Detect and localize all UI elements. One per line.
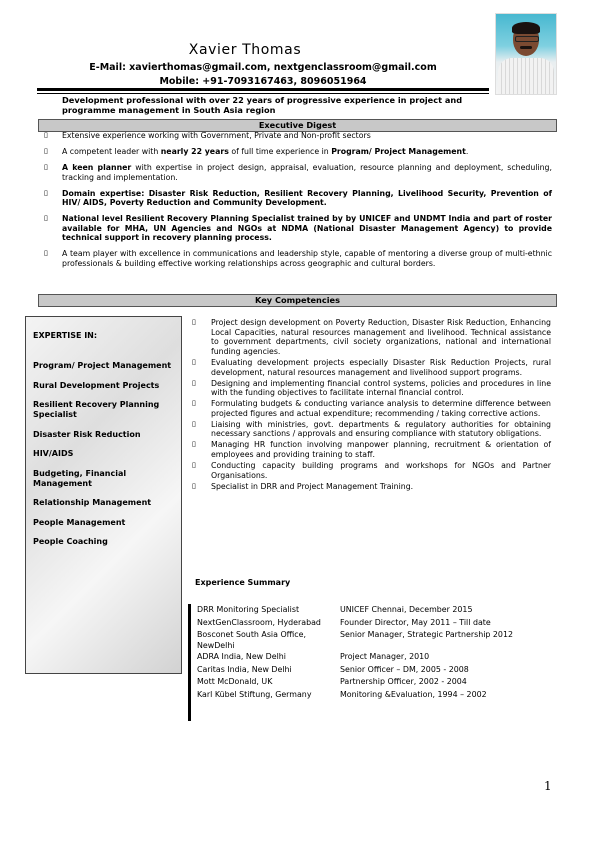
experience-row: ADRA India, New DelhiProject Manager, 20… (197, 651, 513, 664)
competency-text: Project design development on Poverty Re… (211, 318, 551, 356)
competency-text: Specialist in DRR and Project Management… (211, 482, 413, 491)
mobile-line: Mobile: +91-7093167463, 8096051964 (0, 76, 526, 87)
expertise-item: Resilient Recovery Planning Specialist (33, 400, 178, 420)
header-divider-thick (37, 88, 489, 91)
digest-text: with expertise in project design, apprai… (62, 163, 552, 182)
experience-organization: Karl Kübel Stiftung, Germany (197, 689, 340, 702)
experience-summary-title: Experience Summary (195, 578, 290, 587)
digest-text: A keen planner (62, 163, 131, 172)
expertise-list: Program/ Project ManagementRural Develop… (33, 361, 178, 557)
expertise-item: Relationship Management (33, 498, 178, 508)
competency-text: Conducting capacity building programs an… (211, 461, 551, 480)
candidate-name: Xavier Thomas (0, 42, 490, 58)
bullet-icon: ▯ (44, 189, 48, 199)
expertise-item: People Coaching (33, 537, 178, 547)
header-divider-thin (37, 93, 489, 94)
experience-role: Senior Manager, Strategic Partnership 20… (340, 629, 513, 651)
bullet-icon: ▯ (44, 214, 48, 224)
experience-role: Founder Director, May 2011 – Till date (340, 617, 513, 630)
expertise-item: HIV/AIDS (33, 449, 178, 459)
competency-text: Evaluating development projects especial… (211, 358, 551, 377)
bullet-icon: ▯ (192, 461, 196, 471)
competency-item: ▯Project design development on Poverty R… (192, 318, 551, 357)
experience-organization: ADRA India, New Delhi (197, 651, 340, 664)
photo-mustache (520, 46, 532, 49)
bullet-icon: ▯ (192, 399, 196, 409)
digest-text: Program/ Project Management (331, 147, 466, 156)
photo-glasses (515, 36, 539, 42)
experience-row: Bosconet South Asia Office, NewDelhiSeni… (197, 629, 513, 651)
bullet-icon: ▯ (44, 249, 48, 259)
digest-item: ▯Domain expertise: Disaster Risk Reducti… (44, 189, 552, 208)
competency-text: Designing and implementing financial con… (211, 379, 551, 398)
expertise-header: EXPERTISE IN: (33, 331, 97, 340)
digest-item: ▯A team player with excellence in commun… (44, 249, 552, 268)
digest-item: ▯Extensive experience working with Gover… (44, 131, 552, 141)
experience-row: Mott McDonald, UKPartnership Officer, 20… (197, 676, 513, 689)
competency-item: ▯Designing and implementing financial co… (192, 379, 551, 398)
digest-text: nearly 22 years (161, 147, 229, 156)
section-header-key-competencies: Key Competencies (38, 294, 557, 307)
photo-shirt (498, 58, 554, 94)
experience-organization: Bosconet South Asia Office, NewDelhi (197, 629, 340, 651)
page-number: 1 (544, 779, 552, 793)
experience-row: Karl Kübel Stiftung, GermanyMonitoring &… (197, 689, 513, 702)
competencies-list: ▯Project design development on Poverty R… (192, 318, 551, 492)
competency-item: ▯Liaising with ministries, govt. departm… (192, 420, 551, 439)
bullet-icon: ▯ (192, 440, 196, 450)
competency-text: Liaising with ministries, govt. departme… (211, 420, 551, 439)
bullet-icon: ▯ (192, 420, 196, 430)
competency-item: ▯Specialist in DRR and Project Managemen… (192, 482, 551, 492)
experience-row: NextGenClassroom, HyderabadFounder Direc… (197, 617, 513, 630)
expertise-item: Budgeting, Financial Management (33, 469, 178, 489)
experience-organization: Caritas India, New Delhi (197, 664, 340, 677)
experience-role: Senior Officer – DM, 2005 - 2008 (340, 664, 513, 677)
profile-summary: Development professional with over 22 ye… (62, 95, 492, 115)
digest-text: Domain expertise: Disaster Risk Reductio… (62, 189, 552, 208)
experience-table: DRR Monitoring SpecialistUNICEF Chennai,… (197, 604, 513, 701)
experience-organization: NextGenClassroom, Hyderabad (197, 617, 340, 630)
bullet-icon: ▯ (44, 131, 48, 141)
expertise-box: EXPERTISE IN: Program/ Project Managemen… (25, 316, 182, 674)
expertise-item: People Management (33, 518, 178, 528)
experience-organization: Mott McDonald, UK (197, 676, 340, 689)
experience-role: Project Manager, 2010 (340, 651, 513, 664)
competency-text: Managing HR function involving manpower … (211, 440, 551, 459)
experience-role: Monitoring &Evaluation, 1994 – 2002 (340, 689, 513, 702)
bullet-icon: ▯ (192, 379, 196, 389)
competency-item: ▯Managing HR function involving manpower… (192, 440, 551, 459)
bullet-icon: ▯ (192, 358, 196, 368)
executive-digest-list: ▯Extensive experience working with Gover… (44, 131, 552, 275)
competency-item: ▯Formulating budgets & conducting varian… (192, 399, 551, 418)
experience-row: DRR Monitoring SpecialistUNICEF Chennai,… (197, 604, 513, 617)
digest-item: ▯National level Resilient Recovery Plann… (44, 214, 552, 243)
competency-item: ▯Evaluating development projects especia… (192, 358, 551, 377)
expertise-item: Program/ Project Management (33, 361, 178, 371)
expertise-item: Disaster Risk Reduction (33, 430, 178, 440)
bullet-icon: ▯ (44, 163, 48, 173)
email-line: E-Mail: xavierthomas@gmail.com, nextgenc… (0, 62, 526, 73)
experience-role: Partnership Officer, 2002 - 2004 (340, 676, 513, 689)
digest-text: Extensive experience working with Govern… (62, 131, 371, 140)
bullet-icon: ▯ (44, 147, 48, 157)
digest-text: A team player with excellence in communi… (62, 249, 552, 268)
digest-text: . (466, 147, 468, 156)
competency-item: ▯Conducting capacity building programs a… (192, 461, 551, 480)
digest-item: ▯A keen planner with expertise in projec… (44, 163, 552, 182)
experience-row: Caritas India, New DelhiSenior Officer –… (197, 664, 513, 677)
digest-item: ▯A competent leader with nearly 22 years… (44, 147, 552, 157)
experience-organization: DRR Monitoring Specialist (197, 604, 340, 617)
digest-text: of full time experience in (229, 147, 331, 156)
experience-role: UNICEF Chennai, December 2015 (340, 604, 513, 617)
digest-text: A competent leader with (62, 147, 161, 156)
profile-photo (495, 13, 557, 95)
photo-hair (512, 22, 540, 34)
bullet-icon: ▯ (192, 318, 196, 328)
digest-text: National level Resilient Recovery Planni… (62, 214, 552, 242)
bullet-icon: ▯ (192, 482, 196, 492)
competency-text: Formulating budgets & conducting varianc… (211, 399, 551, 418)
expertise-item: Rural Development Projects (33, 381, 178, 391)
experience-left-rule (188, 604, 191, 721)
